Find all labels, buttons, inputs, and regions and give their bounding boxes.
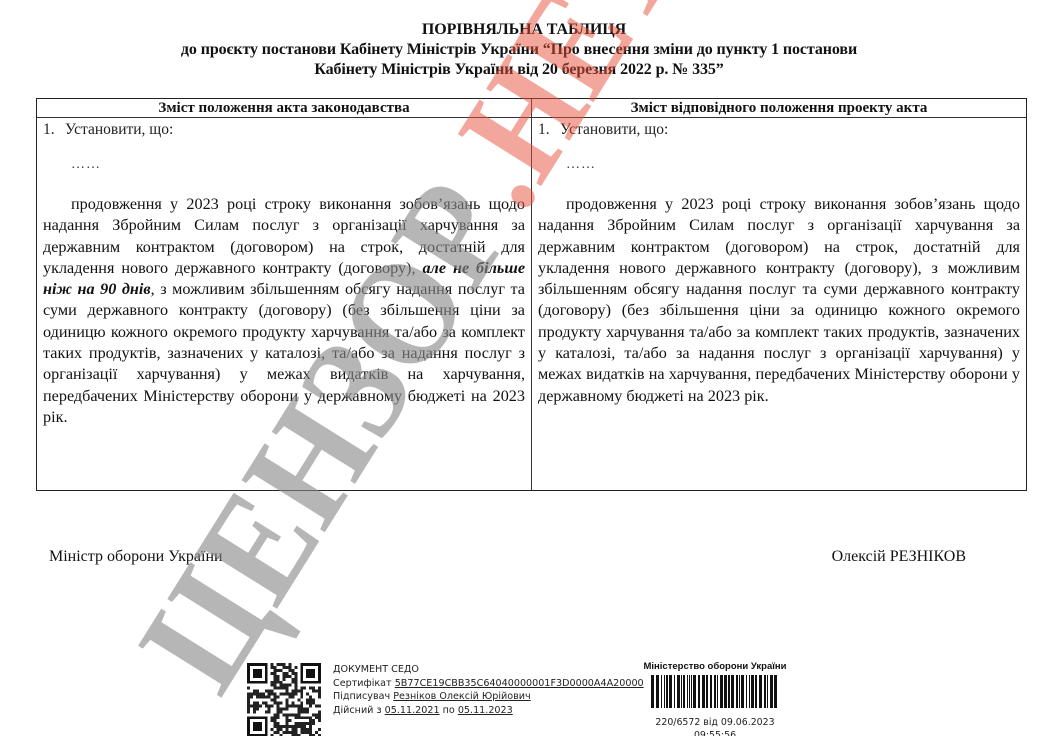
list-item: 1.Установити, що: (43, 120, 525, 140)
signer-label: Підписувач (333, 691, 393, 702)
item-label: Установити, що: (65, 121, 173, 138)
signatory-role: Міністр оборони України (49, 547, 223, 567)
document-header: ПОРІВНЯЛЬНА ТАБЛИЦЯ до проєкту постанови… (0, 20, 1038, 80)
registration-number: 220/6572 від 09.06.2023 09:55:56 (640, 716, 790, 736)
sedo-certificate: Сертифікат 5B77CE19CBB35C64040000001F3D0… (333, 677, 644, 691)
valid-to-label: по (440, 705, 458, 716)
sedo-validity: Дійсний з 05.11.2021 по 05.11.2023 (333, 704, 644, 718)
document-title: ПОРІВНЯЛЬНА ТАБЛИЦЯ (10, 20, 1038, 40)
certificate-label: Сертифікат (333, 678, 395, 689)
column-draft-act: Зміст відповідного положення проекту акт… (532, 99, 1026, 490)
column-body: 1.Установити, що: …… продовження у 2023 … (532, 118, 1026, 407)
valid-label: Дійсний з (333, 705, 385, 716)
omission-ellipsis: …… (43, 158, 525, 172)
comparison-table: Зміст положення акта законодавства 1.Уст… (36, 98, 1027, 491)
list-item: 1.Установити, що: (538, 120, 1020, 140)
column-header: Зміст положення акта законодавства (37, 99, 531, 118)
column-body: 1.Установити, що: …… продовження у 2023 … (37, 118, 531, 428)
sedo-title: ДОКУМЕНТ СЕДО (333, 663, 644, 677)
valid-to: 05.11.2023 (458, 705, 513, 716)
certificate-value: 5B77CE19CBB35C64040000001F3D0000A4A20000 (395, 678, 644, 689)
provision-paragraph: продовження у 2023 році строку виконання… (43, 194, 525, 428)
item-number: 1. (538, 120, 560, 140)
column-current-law: Зміст положення акта законодавства 1.Уст… (37, 99, 532, 490)
provision-paragraph: продовження у 2023 році строку виконання… (538, 194, 1020, 407)
document-subtitle-line1: до проєкту постанови Кабінету Міністрів … (0, 40, 1038, 60)
registration-organization: Міністерство оборони України (640, 660, 790, 673)
signatory-name: Олексій РЕЗНІКОВ (832, 547, 966, 567)
item-number: 1. (43, 120, 65, 140)
signer-value: Резніков Олексій Юрійович (393, 691, 530, 702)
electronic-signature-stamp: ДОКУМЕНТ СЕДО Сертифікат 5B77CE19CBB35C6… (333, 663, 644, 717)
valid-from: 05.11.2021 (385, 705, 440, 716)
column-header: Зміст відповідного положення проекту акт… (532, 99, 1026, 118)
document-subtitle-line2: Кабінету Міністрів України від 20 березн… (0, 60, 1038, 80)
item-label: Установити, що: (560, 121, 668, 138)
paragraph-text: , з можливим збільшенням обсягу надання … (43, 280, 525, 426)
omission-ellipsis: …… (538, 158, 1020, 172)
barcode-icon (651, 675, 779, 708)
sedo-signer: Підписувач Резніков Олексій Юрійович (333, 690, 644, 704)
qr-code-icon (247, 663, 321, 736)
registration-stamp: Міністерство оборони України 220/6572 ві… (640, 660, 790, 736)
